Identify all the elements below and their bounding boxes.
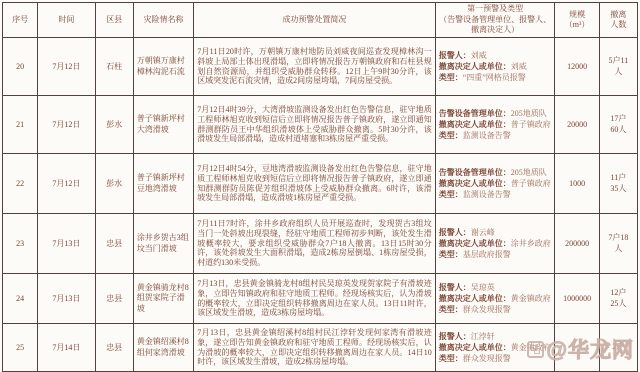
warning-label: 撤离决定人或单位： — [439, 62, 511, 71]
cell-scale: 12000 — [555, 38, 599, 96]
table-row: 23 7月13日 忠县 涂井乡贺古3组坟当门滑坡 7月11日7时许，涂井乡政府组… — [3, 214, 638, 274]
warning-value: 涂井乡政府 — [511, 239, 551, 248]
warning-value: 黄金镇政府 — [511, 343, 551, 352]
cell-evacuees: 12户25人 — [599, 274, 637, 324]
cell-serial: 23 — [3, 214, 38, 274]
cell-scale: 1000 — [555, 154, 599, 214]
cell-hazard-name: 普子镇新坪村大湾滑坡 — [133, 96, 193, 154]
warning-value: 江浡轩 — [471, 332, 495, 341]
warning-value: 群众发现报警 — [463, 354, 511, 363]
cell-evacuees: 11户35人 — [599, 154, 637, 214]
cell-hazard-name: 普子镇新坪村豆地湾滑坡 — [133, 154, 193, 214]
cell-date: 7月13日 — [38, 274, 95, 324]
cell-serial: 25 — [3, 324, 38, 372]
cell-date: 7月12日 — [38, 38, 95, 96]
warning-value: “四重”网格员报警 — [463, 73, 526, 82]
warning-label: 类型： — [439, 73, 463, 82]
warning-value: 刘威 — [511, 62, 527, 71]
warning-label: 撤离决定人或单位： — [439, 294, 511, 303]
warning-value: 普子镇政府 — [511, 179, 551, 188]
cell-summary: 7月11日7时许，涂井乡政府组织人员开展巡查时，发现贺古3组坟当门一处斜坡出现裂… — [194, 214, 436, 274]
warning-value: 监测设备告警 — [463, 190, 511, 199]
cell-summary: 7月13日，忠县黄金镇骑龙村8组村民吴琼英发现贺家院子有滑坡迹象，立即告知镇政府… — [194, 274, 436, 324]
header-hazard-name: 灾险情名称 — [133, 3, 193, 38]
cell-summary: 7月13日，忠县黄金镇绍溪村8组村民江浡轩发现何家湾有滑坡迹象，遂立即告知黄金镇… — [194, 324, 436, 372]
cell-evacuees: 7户18人 — [599, 214, 637, 274]
warning-label: 撤离决定人或单位： — [439, 120, 511, 129]
cell-county: 彭水 — [95, 96, 133, 154]
warning-label: 撤离决定人或单位： — [439, 239, 511, 248]
table-row: 24 7月13日 忠县 黄金镇骑龙村8组贺家院子滑坡 7月13日，忠县黄金镇骑龙… — [3, 274, 638, 324]
warning-label: 撤离决定人或单位： — [439, 179, 511, 188]
warning-value: 205地质队 — [511, 168, 547, 177]
warning-value: 黄金镇政府 — [511, 294, 551, 303]
cell-date: 7月12日 — [38, 154, 95, 214]
cell-first-warning: 报警人：刘威 撤离决定人或单位：刘威 类型：“四重”网格员报警 — [435, 38, 555, 96]
cell-first-warning: 告警设备管理单位：205地质队 撤离决定人或单位：普子镇政府 类型：监测设备告警 — [435, 96, 555, 154]
warning-value: 群众发现报警 — [463, 305, 511, 314]
warning-label: 类型： — [439, 131, 463, 140]
cell-summary: 7月12日4时54分，豆地湾滑坡监测设备发出红色告警信息，驻守地质工程师林旭克收… — [194, 154, 436, 214]
cell-scale: 1000000 — [555, 274, 599, 324]
warning-disposal-table: 序号 时间 区县 灾险情名称 成功预警处置简况 第一预警及类型 （告警设备管理单… — [2, 2, 638, 372]
table-row: 21 7月12日 彭水 普子镇新坪村大湾滑坡 7月12日4时39分，大湾滑坡监测… — [3, 96, 638, 154]
header-time: 时间 — [38, 3, 95, 38]
cell-county: 彭水 — [95, 154, 133, 214]
cell-serial: 20 — [3, 38, 38, 96]
cell-summary: 7月12日4时39分，大湾滑坡监测设备发出红色告警信息，驻守地质工程师林旭克收到… — [194, 96, 436, 154]
warning-label: 类型： — [439, 354, 463, 363]
table-header-row: 序号 时间 区县 灾险情名称 成功预警处置简况 第一预警及类型 （告警设备管理单… — [3, 3, 638, 38]
table-row: 22 7月12日 彭水 普子镇新坪村豆地湾滑坡 7月12日4时54分，豆地湾滑坡… — [3, 154, 638, 214]
cell-scale: 200000 — [555, 214, 599, 274]
cell-summary: 7月11日20时许，万朝镇万康村地防员刘威夜间巡查发现樟林沟一斜坡上局部土体出现… — [194, 38, 436, 96]
cell-hazard-name: 黄金镇绍溪村8组何家湾滑坡 — [133, 324, 193, 372]
header-summary: 成功预警处置简况 — [194, 3, 436, 38]
cell-serial: 24 — [3, 274, 38, 324]
warning-value: 205地质队 — [511, 109, 547, 118]
cell-date: 7月12日 — [38, 96, 95, 154]
cell-scale — [555, 324, 599, 372]
warning-label: 报警人： — [439, 283, 471, 292]
warning-label: 告警设备管理单位： — [439, 168, 511, 177]
warning-value: 普子镇政府 — [511, 120, 551, 129]
warning-value: 基层政府报警 — [463, 250, 511, 259]
warning-label: 报警人： — [439, 51, 471, 60]
cell-evacuees: 17户60人 — [599, 96, 637, 154]
cell-scale: 20000 — [555, 96, 599, 154]
cell-county: 忠县 — [95, 324, 133, 372]
warning-value: 谢云峰 — [471, 228, 495, 237]
warning-label: 撤离决定人或单位： — [439, 343, 511, 352]
warning-label: 类型： — [439, 190, 463, 199]
warning-label: 报警人： — [439, 228, 471, 237]
warning-label: 类型： — [439, 250, 463, 259]
warning-label: 报警人： — [439, 332, 471, 341]
cell-hazard-name: 涂井乡贺古3组坟当门滑坡 — [133, 214, 193, 274]
cell-first-warning: 报警人：谢云峰 撤离决定人或单位：涂井乡政府 类型：基层政府报警 — [435, 214, 555, 274]
cell-first-warning: 报警人：吴琼英 撤离决定人或单位：黄金镇政府 类型：群众发现报警 — [435, 274, 555, 324]
cell-evacuees: 2户 — [599, 324, 637, 372]
cell-date: 7月14日 — [38, 324, 95, 372]
warning-value: 吴琼英 — [471, 283, 495, 292]
header-scale: 规模 （m³） — [555, 3, 599, 38]
cell-county: 石柱 — [95, 38, 133, 96]
cell-first-warning: 报警人：江浡轩 撤离决定人或单位：黄金镇政府 类型：群众发现报警 — [435, 324, 555, 372]
cell-hazard-name: 黄金镇骑龙村8组贺家院子滑坡 — [133, 274, 193, 324]
cell-serial: 21 — [3, 96, 38, 154]
scanned-document-page: 序号 时间 区县 灾险情名称 成功预警处置简况 第一预警及类型 （告警设备管理单… — [0, 0, 640, 372]
cell-date: 7月13日 — [38, 214, 95, 274]
warning-value: 监测设备告警 — [463, 131, 511, 140]
cell-county: 忠县 — [95, 274, 133, 324]
table-row: 25 7月14日 忠县 黄金镇绍溪村8组何家湾滑坡 7月13日，忠县黄金镇绍溪村… — [3, 324, 638, 372]
cell-county: 忠县 — [95, 214, 133, 274]
warning-value: 刘威 — [471, 51, 487, 60]
header-first-warning: 第一预警及类型 （告警设备管理单位、报警人、 撤离决定人） — [435, 3, 555, 38]
cell-hazard-name: 万朝镇万康村樟林沟泥石流 — [133, 38, 193, 96]
cell-evacuees: 5户11人 — [599, 38, 637, 96]
header-county: 区县 — [95, 3, 133, 38]
header-serial: 序号 — [3, 3, 38, 38]
header-evacuees: 撤离 人数 — [599, 3, 637, 38]
warning-label: 类型： — [439, 305, 463, 314]
cell-first-warning: 告警设备管理单位：205地质队 撤离决定人或单位：普子镇政府 类型：监测设备告警 — [435, 154, 555, 214]
table-row: 20 7月12日 石柱 万朝镇万康村樟林沟泥石流 7月11日20时许，万朝镇万康… — [3, 38, 638, 96]
warning-label: 告警设备管理单位： — [439, 109, 511, 118]
cell-serial: 22 — [3, 154, 38, 214]
